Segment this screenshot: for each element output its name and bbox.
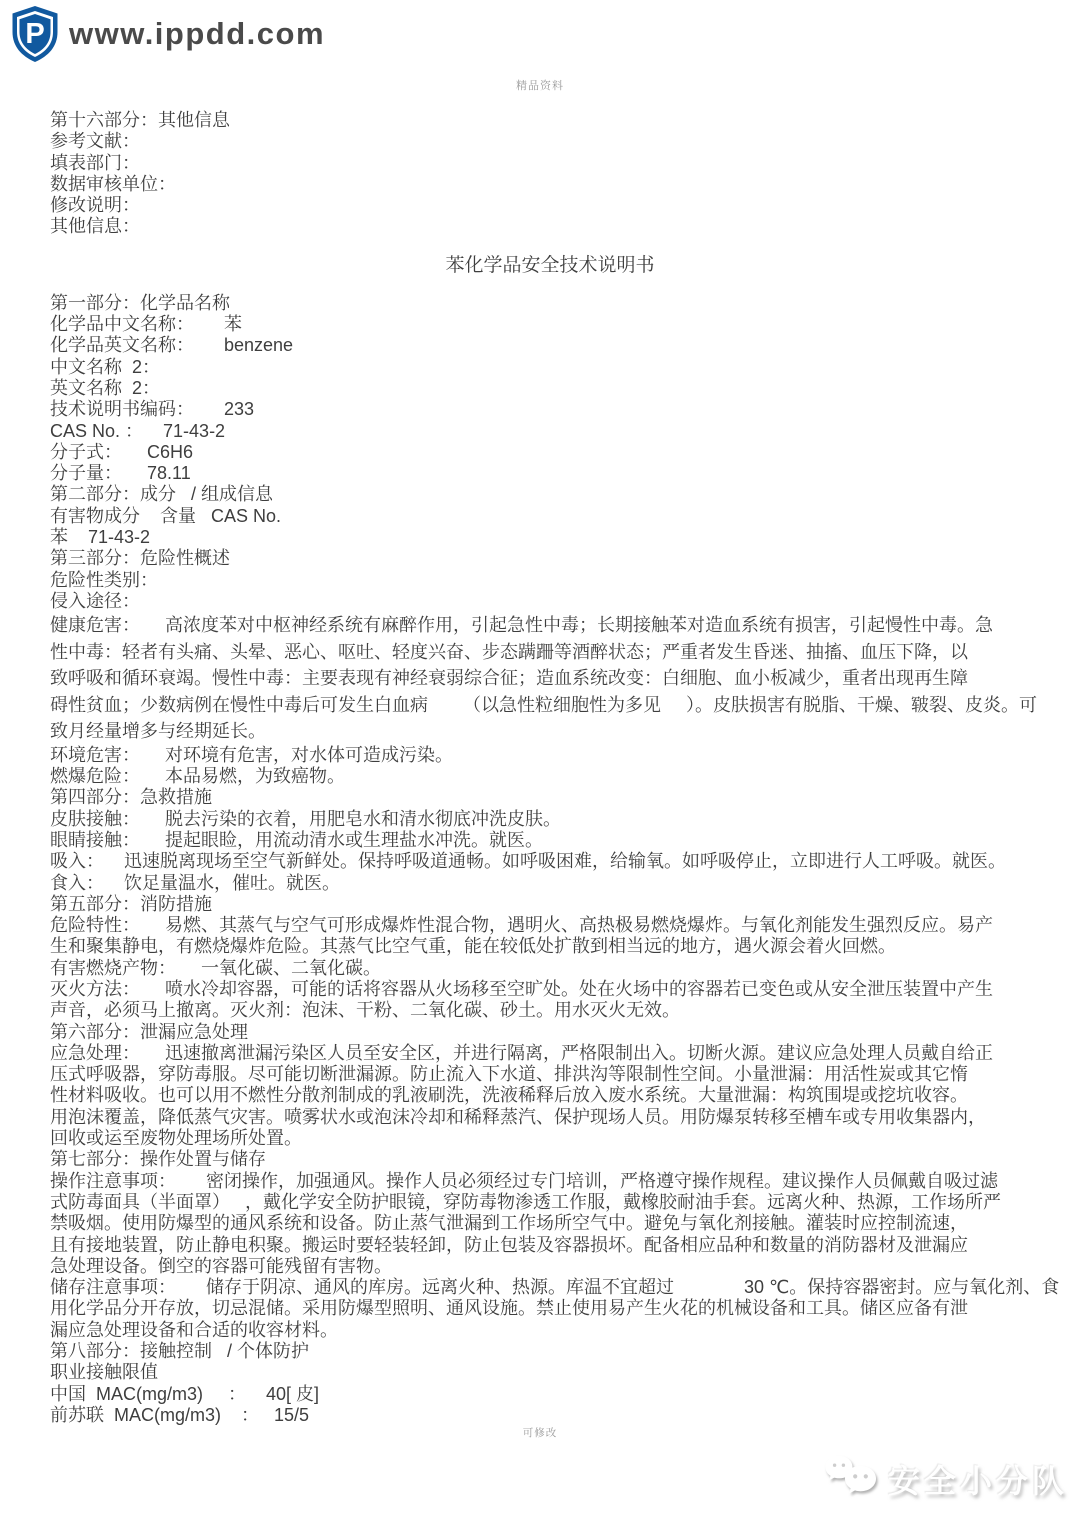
doc-line: CAS No. ： 71-43-2 bbox=[50, 421, 1050, 442]
doc-line: 应急处理： 迅速撤离泄漏污染区人员至安全区，并进行隔离，严格限制出入。切断火源。… bbox=[50, 1043, 1050, 1064]
doc-line: 职业接触限值 bbox=[50, 1362, 1050, 1383]
doc-line: 第七部分：操作处置与储存 bbox=[50, 1149, 1050, 1170]
doc-line: 中文名称 2： bbox=[50, 357, 1050, 378]
doc-line: 前苏联 MAC(mg/m3) ： 15/5 bbox=[50, 1405, 1050, 1426]
doc-line: 第六部分：泄漏应急处理 bbox=[50, 1022, 1050, 1043]
doc-line: 吸入： 迅速脱离现场至空气新鲜处。保持呼吸道通畅。如呼吸困难，给输氧。如呼吸停止… bbox=[50, 851, 1050, 872]
doc-line: 眼睛接触： 提起眼睑，用流动清水或生理盐水冲洗。就医。 bbox=[50, 830, 1050, 851]
doc-line: 储存注意事项： 储存于阴凉、通风的库房。远离火种、热源。库温不宜超过 30 ℃。… bbox=[50, 1277, 1050, 1298]
doc-line: 分子式： C6H6 bbox=[50, 442, 1050, 463]
doc-line: 第二部分：成分 / 组成信息 bbox=[50, 484, 1050, 505]
doc-line: 用化学品分开存放，切忌混储。采用防爆型照明、通风设施。禁止使用易产生火花的机械设… bbox=[50, 1298, 1050, 1319]
doc-line: 急处理设备。倒空的容器可能残留有害物。 bbox=[50, 1256, 1050, 1277]
brand-badge: 安全小分队 bbox=[822, 1452, 1068, 1506]
doc-line: 苯 71-43-2 bbox=[50, 527, 1050, 548]
doc-line: 皮肤接触： 脱去污染的衣着，用肥皂水和清水彻底冲洗皮肤。 bbox=[50, 809, 1050, 830]
doc-line: 食入： 饮足量温水，催吐。就医。 bbox=[50, 873, 1050, 894]
doc-line: 危险性类别： bbox=[50, 570, 1050, 591]
site-header: P www.ippdd.com bbox=[10, 5, 325, 63]
doc-line: 第五部分：消防措施 bbox=[50, 894, 1050, 915]
doc-line: 致呼吸和循环衰竭。慢性中毒：主要表现有神经衰弱综合征；造血系统改变：白细胞、血小… bbox=[50, 665, 1050, 692]
doc-line: 操作注意事项： 密闭操作，加强通风。操作人员必须经过专门培训，严格遵守操作规程。… bbox=[50, 1171, 1050, 1192]
msds-document: 第十六部分：其他信息参考文献：填表部门：数据审核单位：修改说明：其他信息： 苯化… bbox=[50, 110, 1050, 1426]
site-url-text: www.ippdd.com bbox=[69, 16, 325, 52]
page: P www.ippdd.com 精品资料 第十六部分：其他信息参考文献：填表部门… bbox=[0, 0, 1080, 1528]
doc-line: 声音，必须马上撤离。灭火剂：泡沫、干粉、二氧化碳、砂土。用水灭火无效。 bbox=[50, 1000, 1050, 1021]
doc-line: 第十六部分：其他信息 bbox=[50, 110, 1050, 131]
intro-block: 第十六部分：其他信息参考文献：填表部门：数据审核单位：修改说明：其他信息： bbox=[50, 110, 1050, 238]
doc-line: 致月经量增多与经期延长。 bbox=[50, 718, 1050, 745]
doc-line: 且有接地装置，防止静电积聚。搬运时要轻装轻卸，防止包装及容器损坏。配备相应品种和… bbox=[50, 1235, 1050, 1256]
doc-line: 危险特性： 易燃、其蒸气与空气可形成爆炸性混合物，遇明火、高热极易燃烧爆炸。与氧… bbox=[50, 915, 1050, 936]
doc-line: 环境危害： 对环境有危害，对水体可造成污染。 bbox=[50, 745, 1050, 766]
doc-line: 英文名称 2： bbox=[50, 378, 1050, 399]
body-block: 第一部分：化学品名称化学品中文名称： 苯化学品英文名称： benzene中文名称… bbox=[50, 293, 1050, 1426]
doc-line: 燃爆危险： 本品易燃，为致癌物。 bbox=[50, 766, 1050, 787]
doc-line: 化学品中文名称： 苯 bbox=[50, 314, 1050, 335]
doc-line: 侵入途径： bbox=[50, 591, 1050, 612]
doc-line: 第一部分：化学品名称 bbox=[50, 293, 1050, 314]
doc-line: 技术说明书编码： 233 bbox=[50, 399, 1050, 420]
doc-line: 有害物成分 含量 CAS No. bbox=[50, 506, 1050, 527]
shield-logo-icon: P bbox=[10, 5, 60, 63]
doc-line: 填表部门： bbox=[50, 153, 1050, 174]
doc-line: 回收或运至废物处理场所处置。 bbox=[50, 1128, 1050, 1149]
logo-letter: P bbox=[25, 18, 44, 50]
doc-line: 参考文献： bbox=[50, 131, 1050, 152]
doc-line: 第三部分：危险性概述 bbox=[50, 548, 1050, 569]
doc-line: 式防毒面具（半面罩） ，戴化学安全防护眼镜，穿防毒物渗透工作服，戴橡胶耐油手套。… bbox=[50, 1192, 1050, 1213]
doc-line: 漏应急处理设备和合适的收容材料。 bbox=[50, 1320, 1050, 1341]
doc-line: 用泡沫覆盖，降低蒸气灾害。喷雾状水或泡沫冷却和稀释蒸汽、保护现场人员。用防爆泵转… bbox=[50, 1107, 1050, 1128]
badge-text: 安全小分队 bbox=[888, 1456, 1068, 1502]
watermark-bottom: 可修改 bbox=[0, 1425, 1080, 1440]
doc-line: 碍性贫血；少数病例在慢性中毒后可发生白血病 （以急性粒细胞性为多见 ）。皮肤损害… bbox=[50, 692, 1050, 719]
doc-line: 有害燃烧产物： 一氧化碳、二氧化碳。 bbox=[50, 958, 1050, 979]
doc-line: 健康危害： 高浓度苯对中枢神经系统有麻醉作用，引起急性中毒；长期接触苯对造血系统… bbox=[50, 612, 1050, 639]
doc-line: 性中毒：轻者有头痛、头晕、恶心、呕吐、轻度兴奋、步态蹒跚等酒醉状态；严重者发生昏… bbox=[50, 639, 1050, 666]
doc-line: 第八部分：接触控制 / 个体防护 bbox=[50, 1341, 1050, 1362]
doc-line: 数据审核单位： bbox=[50, 174, 1050, 195]
doc-line: 灭火方法： 喷水冷却容器，可能的话将容器从火场移至空旷处。处在火场中的容器若已变… bbox=[50, 979, 1050, 1000]
doc-line: 其他信息： bbox=[50, 216, 1050, 237]
doc-line: 化学品英文名称： benzene bbox=[50, 335, 1050, 356]
watermark-top: 精品资料 bbox=[0, 77, 1080, 93]
doc-line: 分子量： 78.11 bbox=[50, 463, 1050, 484]
doc-line: 修改说明： bbox=[50, 195, 1050, 216]
document-title: 苯化学品安全技术说明书 bbox=[50, 251, 1050, 280]
doc-line: 压式呼吸器，穿防毒服。尽可能切断泄漏源。防止流入下水道、排洪沟等限制性空间。小量… bbox=[50, 1064, 1050, 1085]
doc-line: 性材料吸收。也可以用不燃性分散剂制成的乳液刷洗，洗液稀释后放入废水系统。大量泄漏… bbox=[50, 1085, 1050, 1106]
doc-line: 第四部分：急救措施 bbox=[50, 787, 1050, 808]
chat-bubbles-icon bbox=[822, 1452, 884, 1506]
doc-line: 中国 MAC(mg/m3) ： 40[ 皮] bbox=[50, 1384, 1050, 1405]
doc-line: 禁吸烟。使用防爆型的通风系统和设备。防止蒸气泄漏到工作场所空气中。避免与氧化剂接… bbox=[50, 1213, 1050, 1234]
doc-line: 生和聚集静电，有燃烧爆炸危险。其蒸气比空气重，能在较低处扩散到相当远的地方，遇火… bbox=[50, 936, 1050, 957]
